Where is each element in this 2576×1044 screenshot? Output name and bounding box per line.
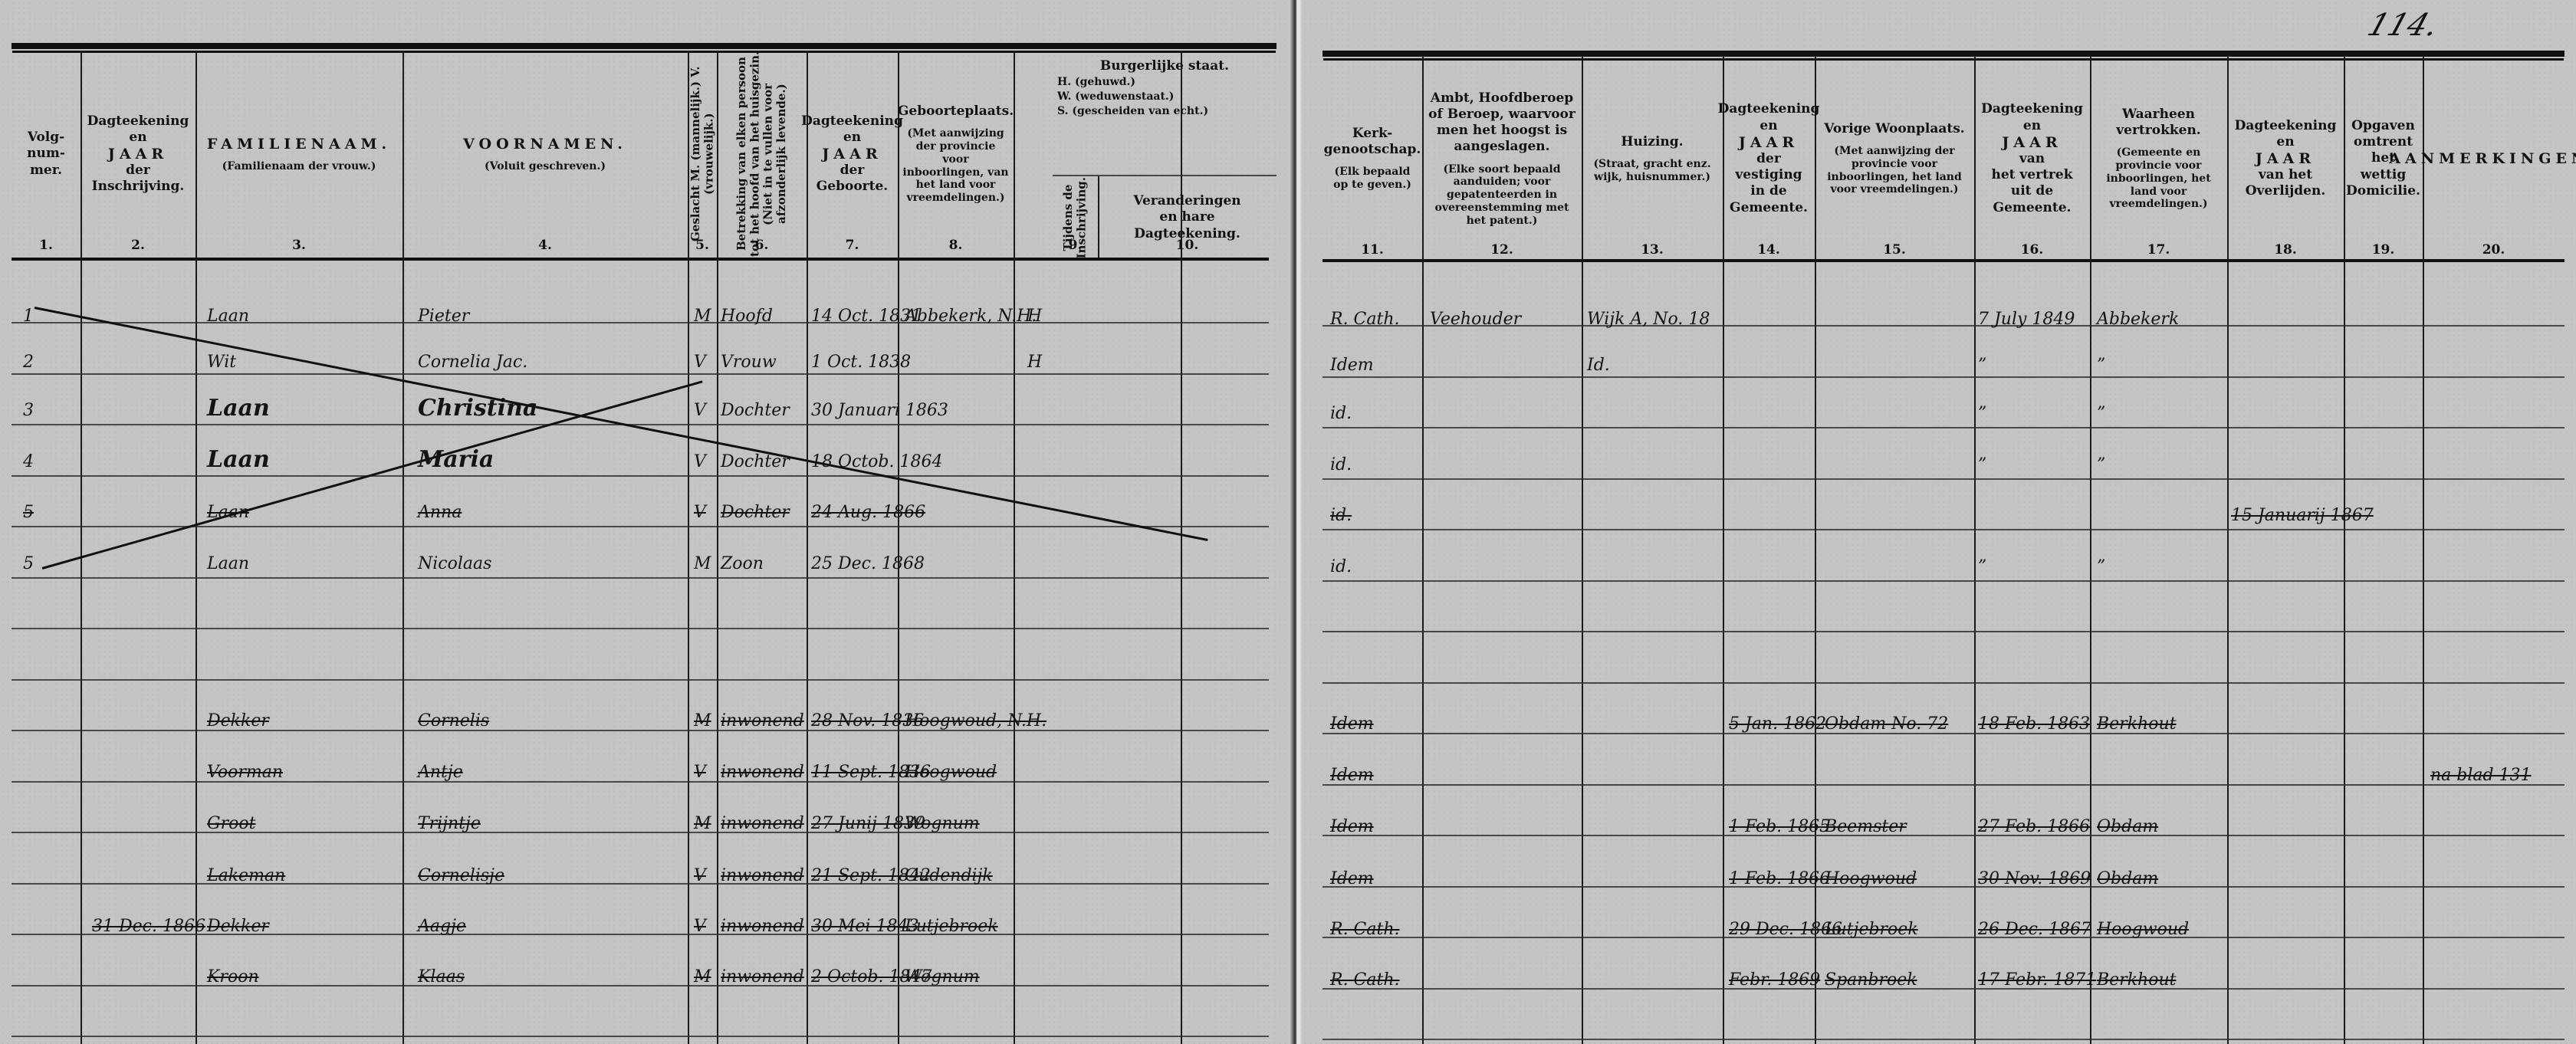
header-line: JAAR xyxy=(822,146,882,163)
entry-rel: inwonend xyxy=(721,711,804,730)
entry-left-date: 18 Feb. 1863 xyxy=(1978,714,2090,734)
column-number: 5. xyxy=(688,238,717,253)
book-gutter xyxy=(1290,0,1302,1044)
header-subtitle: (Elke soort bepaald aanduiden; voor gepa… xyxy=(1427,163,1577,228)
ruled-line xyxy=(1322,376,2564,378)
ruled-line xyxy=(1322,886,2564,888)
entry-arrival: 1 Feb. 1865 xyxy=(1729,817,1830,836)
entry-name: Laan xyxy=(207,446,270,473)
entry-no: 5 xyxy=(23,503,34,522)
entry-dest: ” xyxy=(2097,557,2105,576)
ruled-line xyxy=(1322,835,2564,836)
header-text: Geslacht M. (mannelijk.) V. (vrouwelijk.… xyxy=(689,51,716,258)
ruled-line xyxy=(11,424,1269,425)
header-subtitle: (Gemeente en provincie voor inboorlingen… xyxy=(2095,146,2223,211)
entry-rel: inwonend xyxy=(721,763,804,782)
entry-prev: Obdam No. 72 xyxy=(1825,714,1948,734)
header-subtitle: (Familienaam der vrouw.) xyxy=(222,160,376,173)
header-subtitle: (Met aanwijzing der provincie voor inboo… xyxy=(1819,145,1970,196)
entry-no: 5 xyxy=(23,554,34,573)
entry-church: Idem xyxy=(1330,869,1374,888)
entry-prev: Spanbroek xyxy=(1825,970,1917,990)
column-header-12: Ambt, Hoofdberoep of Beroep, waarvoor me… xyxy=(1422,55,1582,262)
column-number: 6. xyxy=(717,238,807,253)
entry-dest: Abbekerk xyxy=(2097,310,2179,329)
header-line: Overlijden. xyxy=(2246,183,2326,199)
header-title: FAMILIENAAM. xyxy=(207,136,391,153)
entry-birth: 1 Oct. 1838 xyxy=(811,353,911,372)
entry-name: Groot xyxy=(207,814,255,833)
column-number: 11. xyxy=(1322,242,1422,258)
header-line: der xyxy=(1756,151,1781,167)
column-header-14: DagteekeningenJAARdervestigingin deGemee… xyxy=(1723,55,1815,262)
entry-dest: ” xyxy=(2097,404,2105,423)
column-number: 9. xyxy=(1053,238,1098,253)
column-header-9: Tijdens de Inschrijving.9. xyxy=(1053,178,1098,258)
entry-first: Trijntje xyxy=(418,814,481,833)
entry-birth: 25 Dec. 1868 xyxy=(811,554,925,573)
entry-sex: V xyxy=(694,917,706,936)
entry-left-date: 27 Feb. 1866 xyxy=(1978,817,2090,836)
group-header-burgerlijke-staat: Burgerlijke staat.H. (gehuwd.)W. (weduwe… xyxy=(1053,51,1276,173)
entry-first: Cornelisje xyxy=(418,866,504,885)
header-line: Geboorte. xyxy=(816,179,888,195)
entry-rel: Zoon xyxy=(721,554,764,573)
column-number: 4. xyxy=(402,238,688,253)
entry-left-date: ” xyxy=(1978,404,1986,423)
header-line: der xyxy=(126,163,150,179)
column-header-1: Volg-num-mer.1. xyxy=(11,51,80,258)
entry-dest: Berkhout xyxy=(2097,970,2176,990)
header-line: num- xyxy=(27,146,65,162)
entry-prev: Beemster xyxy=(1825,817,1907,836)
entry-job: Veehouder xyxy=(1430,310,1521,329)
column-header-16: DagteekeningenJAARvanhet vertrekuit deGe… xyxy=(1974,55,2090,262)
header-title: Ambt, Hoofdberoep of Beroep, waarvoor me… xyxy=(1427,90,1577,156)
entry-rel: Vrouw xyxy=(721,353,777,372)
entry-church: id. xyxy=(1330,557,1352,576)
entry-name: Laan xyxy=(207,395,270,422)
entry-no: 2 xyxy=(23,353,34,372)
entry-left-date: ” xyxy=(1978,557,1986,576)
header-line: Dagteekening xyxy=(2235,118,2337,134)
column-number: 19. xyxy=(2344,242,2423,258)
entry-first: Cornelis xyxy=(418,711,489,730)
column-number: 3. xyxy=(195,238,402,253)
ruled-line xyxy=(1322,988,2564,990)
header-subtitle: (Voluit geschreven.) xyxy=(485,160,606,173)
column-header-20: AANMERKINGEN.20. xyxy=(2423,55,2564,262)
column-header-15: Vorige Woonplaats.(Met aanwijzing der pr… xyxy=(1815,55,1974,262)
entry-church: R. Cath. xyxy=(1330,310,1400,329)
entry-place: Lutjebroek xyxy=(905,917,998,936)
header-line: der xyxy=(840,163,865,179)
entry-prev: Lutjebroek xyxy=(1825,920,1918,939)
header-title: Waarheen vertrokken. xyxy=(2095,107,2223,140)
header-line: JAAR xyxy=(1739,134,1799,151)
column-number: 7. xyxy=(807,238,898,253)
header-line: Opgaven xyxy=(2351,118,2415,134)
entry-first: Antje xyxy=(418,763,463,782)
entry-arrival: Febr. 1869 xyxy=(1729,970,1820,990)
entry-rel: inwonend xyxy=(721,814,804,833)
entry-left-date: 30 Nov. 1869 xyxy=(1978,869,2091,888)
entry-death: 15 Januarij 1867 xyxy=(2231,506,2374,525)
entry-sex: V xyxy=(694,866,706,885)
entry-no: 4 xyxy=(23,452,34,471)
entry-first: Aagje xyxy=(418,917,466,936)
entry-no: 1 xyxy=(23,307,34,326)
entry-remark: na blad 131 xyxy=(2430,766,2532,785)
entry-dest: Berkhout xyxy=(2097,714,2176,734)
header-line: JAAR xyxy=(108,146,168,163)
column-header-3: FAMILIENAAM.(Familienaam der vrouw.)3. xyxy=(195,51,402,258)
entry-left-date: 7 July 1849 xyxy=(1978,310,2075,329)
column-header-13: Huizing.(Straat, gracht enz. wijk, huisn… xyxy=(1582,55,1723,262)
entry-name: Wit xyxy=(207,353,236,372)
entry-church: id. xyxy=(1330,404,1352,423)
column-header-11: Kerk-genootschap.(Elk bepaald op te geve… xyxy=(1322,55,1422,262)
header-line: en xyxy=(1760,118,1777,134)
column-header-8: Geboorteplaats.(Met aanwijzing der provi… xyxy=(898,51,1014,258)
header-title: Huizing. xyxy=(1621,134,1683,150)
entry-place: Oudendijk xyxy=(905,866,993,885)
entry-rel: inwonend xyxy=(721,866,804,885)
ruled-line xyxy=(11,730,1269,731)
ruled-line xyxy=(1322,1039,2564,1040)
column-number: 17. xyxy=(2090,242,2227,258)
entry-church: Idem xyxy=(1330,766,1374,785)
header-line: van xyxy=(2019,151,2045,167)
ruled-line xyxy=(11,526,1269,527)
entry-prev: Hoogwoud xyxy=(1825,869,1917,888)
entry-sex: V xyxy=(694,401,706,420)
entry-church: id. xyxy=(1330,455,1352,474)
entry-first: Nicolaas xyxy=(418,554,491,573)
entry-sex: V xyxy=(694,763,706,782)
header-line: Domicilie. xyxy=(2346,183,2420,199)
ruled-line xyxy=(11,781,1269,783)
entry-arrival: 5 Jan. 1862 xyxy=(1729,714,1826,734)
header-line: mer. xyxy=(30,163,62,179)
entry-name: Dekker xyxy=(207,917,269,936)
entry-name: Voorman xyxy=(207,763,283,782)
header-line: in de xyxy=(1750,183,1786,199)
legend-item: W. (weduwenstaat.) xyxy=(1057,90,1174,103)
header-title: Kerk-genootschap. xyxy=(1324,126,1421,159)
header-line: en xyxy=(2023,118,2041,134)
header-line: Inschrijving. xyxy=(92,179,185,195)
header-line: wettig xyxy=(2361,167,2407,183)
header-text: Betrekking van elken persoon tot het hoo… xyxy=(735,51,788,258)
header-line: Dagteekening xyxy=(801,113,903,130)
entry-house: Wijk A, No. 18 xyxy=(1587,310,1710,329)
entry-place: Wognum xyxy=(905,814,980,833)
entry-first: Pieter xyxy=(418,307,469,326)
header-subtitle: (Elk bepaald op te geven.) xyxy=(1327,166,1418,192)
header-line: Gemeente. xyxy=(1730,200,1808,216)
entry-first: Cornelia Jac. xyxy=(418,353,527,372)
entry-birth: 18 Octob. 1864 xyxy=(811,452,943,471)
column-number: 13. xyxy=(1582,242,1723,258)
column-header-17: Waarheen vertrokken.(Gemeente en provinc… xyxy=(2090,55,2227,262)
header-line: en hare xyxy=(1159,209,1214,225)
entry-dest: Obdam xyxy=(2097,817,2158,836)
ruled-line xyxy=(11,475,1269,477)
column-number: 10. xyxy=(1098,238,1276,253)
ruled-line xyxy=(11,883,1269,885)
entry-first: Anna xyxy=(418,503,462,522)
column-number: 18. xyxy=(2227,242,2344,258)
entry-sex: M xyxy=(694,967,711,987)
column-header-4: VOORNAMEN.(Voluit geschreven.)4. xyxy=(402,51,688,258)
header-line: uit de xyxy=(2011,183,2053,199)
column-number: 2. xyxy=(80,238,195,253)
ruled-line xyxy=(1322,529,2564,530)
entry-sex: M xyxy=(694,307,711,326)
column-number: 8. xyxy=(898,238,1014,253)
entry-name: Dekker xyxy=(207,711,269,730)
entry-house: Id. xyxy=(1587,356,1610,375)
entry-name: Laan xyxy=(207,554,249,573)
header-line: van het xyxy=(2259,167,2312,183)
entry-dest: ” xyxy=(2097,356,2105,375)
entry-church: id. xyxy=(1330,506,1352,525)
ruled-line xyxy=(11,1036,1269,1037)
ruled-line xyxy=(1322,682,2564,684)
top-rule-left xyxy=(11,43,1276,51)
column-header-7: DagteekeningenJAARderGeboorte.7. xyxy=(807,51,898,258)
entry-birth: 30 Mei 1843 xyxy=(811,917,919,936)
header-line: en xyxy=(843,130,861,146)
entry-birth: 30 Januari 1863 xyxy=(811,401,948,420)
header-line: en xyxy=(129,130,146,146)
entry-civ: H xyxy=(1027,353,1042,372)
entry-first: Klaas xyxy=(418,967,465,987)
entry-dest: ” xyxy=(2097,455,2105,474)
entry-place: Abbekerk, N.H. xyxy=(905,307,1037,326)
ruled-line xyxy=(1322,427,2564,428)
entry-sex: V xyxy=(694,503,706,522)
ruled-line xyxy=(1322,937,2564,938)
entry-arrival: 1 Feb. 1866 xyxy=(1729,869,1830,888)
entry-left-date: ” xyxy=(1978,455,1986,474)
header-line: Volg- xyxy=(28,130,64,146)
entry-church: R. Cath. xyxy=(1330,970,1400,990)
entry-rel: Dochter xyxy=(721,401,790,420)
entry-no: 3 xyxy=(23,401,34,420)
entry-name: Lakeman xyxy=(207,866,285,885)
header-line: Dagteekening xyxy=(87,113,189,130)
entry-left-date: ” xyxy=(1978,356,1986,375)
header-line: Veranderingen xyxy=(1133,193,1240,209)
column-header-2: DagteekeningenJAARderInschrijving.2. xyxy=(80,51,195,258)
entry-rel: inwonend xyxy=(721,917,804,936)
entry-birth: 24 Aug. 1866 xyxy=(811,503,925,522)
legend-item: H. (gehuwd.) xyxy=(1057,76,1135,89)
group-divider xyxy=(1053,175,1276,176)
header-line: Gemeente. xyxy=(1993,200,2072,216)
entry-rel: inwonend xyxy=(721,967,804,987)
ruled-line xyxy=(1322,580,2564,582)
header-title: AANMERKINGEN. xyxy=(2389,150,2576,167)
header-line: Dagteekening xyxy=(1718,101,1820,117)
column-header-5: Geslacht M. (mannelijk.) V. (vrouwelijk.… xyxy=(688,51,717,258)
entry-place: Hoogwoud, N.H. xyxy=(905,711,1046,730)
ruled-line xyxy=(11,679,1269,681)
ruled-line xyxy=(11,628,1269,629)
entry-name: Laan xyxy=(207,307,249,326)
entry-place: Wognum xyxy=(905,967,980,987)
entry-left-date: 17 Febr. 1871 xyxy=(1978,970,2096,990)
header-line: omtrent xyxy=(2354,134,2413,150)
header-line: JAAR xyxy=(2002,134,2062,151)
entry-sex: M xyxy=(694,814,711,833)
entry-dest: Obdam xyxy=(2097,869,2158,888)
column-number: 12. xyxy=(1422,242,1582,258)
entry-left-date: 26 Dec. 1867 xyxy=(1978,920,2091,939)
entry-name: Kroon xyxy=(207,967,259,987)
column-number: 14. xyxy=(1723,242,1815,258)
entry-dest: Hoogwoud xyxy=(2097,920,2189,939)
entry-church: R. Cath. xyxy=(1330,920,1400,939)
entry-church: Idem xyxy=(1330,356,1374,375)
header-line: Dagteekening xyxy=(1981,101,2083,117)
header-line: vestiging xyxy=(1735,167,1802,183)
ruled-line xyxy=(1322,784,2564,786)
column-number: 15. xyxy=(1815,242,1974,258)
column-number: 1. xyxy=(11,238,80,253)
entry-church: Idem xyxy=(1330,817,1374,836)
header-subtitle: (Met aanwijzing der provincie voor inboo… xyxy=(902,127,1009,205)
page-number: 114. xyxy=(2364,8,2443,43)
entry-sex: M xyxy=(694,554,711,573)
entry-sex: V xyxy=(694,452,706,471)
column-number: 20. xyxy=(2423,242,2564,258)
ruled-line xyxy=(11,577,1269,579)
entry-sex: V xyxy=(694,353,706,372)
ruled-line xyxy=(11,985,1269,987)
entry-sex: M xyxy=(694,711,711,730)
entry-civ: H xyxy=(1027,307,1042,326)
header-title: Geboorteplaats. xyxy=(898,103,1014,120)
header-title: VOORNAMEN. xyxy=(463,136,627,153)
column-header-10: Veranderingenen hareDagteekening.10. xyxy=(1098,178,1276,258)
ruled-line xyxy=(1322,631,2564,632)
entry-rel: Dochter xyxy=(721,503,790,522)
entry-church: Idem xyxy=(1330,714,1374,734)
column-number: 16. xyxy=(1974,242,2090,258)
column-divider xyxy=(1014,51,1015,1044)
header-subtitle: (Straat, gracht enz. wijk, huisnummer.) xyxy=(1586,158,1718,184)
entry-place: Hoogwoud xyxy=(905,763,997,782)
entry-rel: Hoofd xyxy=(721,307,773,326)
column-header-6: Betrekking van elken persoon tot het hoo… xyxy=(717,51,807,258)
entry-first: Christina xyxy=(418,395,537,422)
ruled-line xyxy=(11,832,1269,833)
group-title: Burgerlijke staat. xyxy=(1100,58,1229,74)
ruled-line xyxy=(1322,478,2564,480)
header-title: Vorige Woonplaats. xyxy=(1824,121,1964,137)
legend-item: S. (gescheiden van echt.) xyxy=(1057,105,1208,118)
header-line: en xyxy=(2276,134,2294,150)
ruled-line xyxy=(11,322,1269,323)
column-header-18: DagteekeningenJAARvan hetOverlijden.18. xyxy=(2227,55,2344,262)
ruled-line xyxy=(11,373,1269,375)
entry-reg-date: 31 Dec. 1866 xyxy=(92,917,205,936)
header-line: het vertrek xyxy=(1991,167,2072,183)
header-line: JAAR xyxy=(2256,150,2315,167)
